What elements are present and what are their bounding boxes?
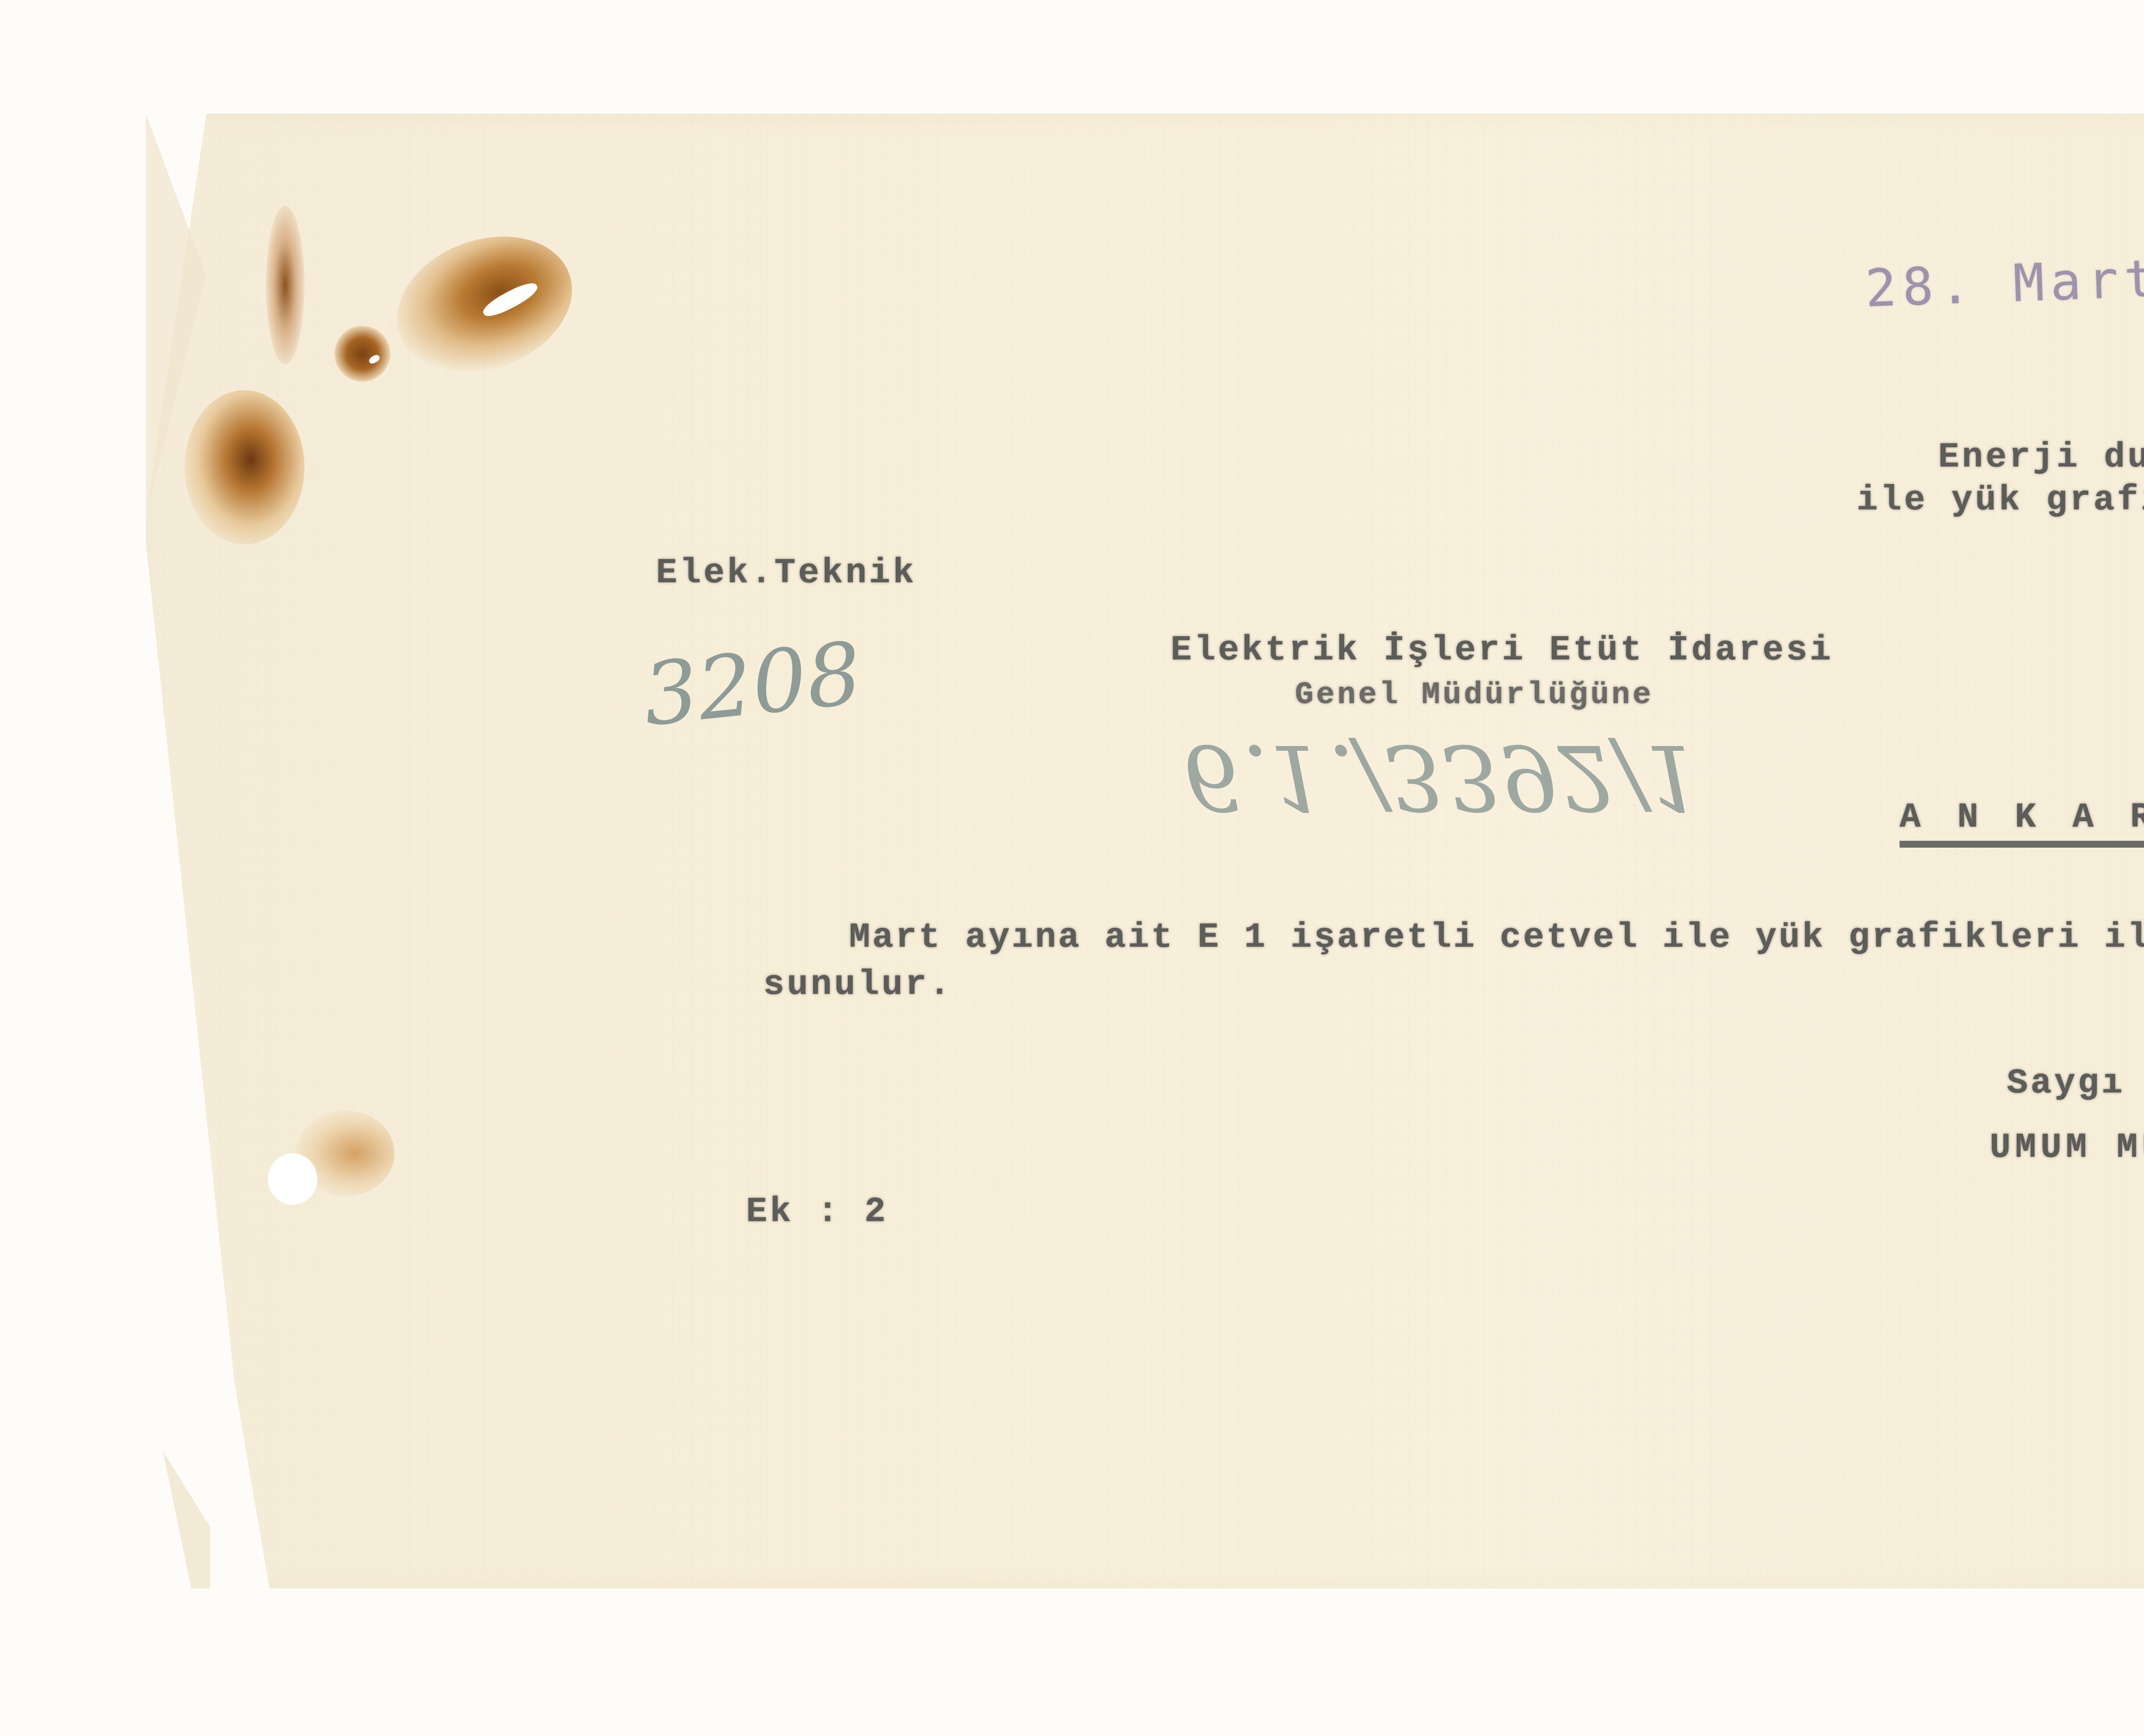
department-label: Elek.Teknik xyxy=(656,553,916,593)
subject-line-2: ile yük grafikleri H. xyxy=(1857,480,2144,520)
recipient-line-2: Genel Müdürlüğüne xyxy=(1295,677,1654,713)
signatory-title: UMUM MÜDÜR xyxy=(1990,1128,2144,1167)
punch-hole xyxy=(268,1153,317,1205)
body-line-1: Mart ayına ait E 1 işaretli cetvel ile y… xyxy=(849,918,2144,957)
closing-salutation: Saygı ile xyxy=(2007,1063,2144,1103)
scanned-page: 28. Mart 1953 Enerji durumu cetveli ile … xyxy=(0,0,2144,1736)
subject-line-1: Enerji durumu cetveli xyxy=(1938,437,2144,477)
city-heading: A N K A R A xyxy=(1900,797,2144,848)
letter-sheet xyxy=(146,114,2144,1589)
body-line-2: sunulur. xyxy=(763,965,953,1005)
attachment-count: Ek : 2 xyxy=(746,1192,888,1232)
folded-corner-bottom xyxy=(163,1451,210,1589)
handwritten-reference: 6.1./3392/1 xyxy=(1183,725,1702,830)
recipient-line-1: Elektrik İşleri Etüt İdaresi xyxy=(1171,630,1834,670)
